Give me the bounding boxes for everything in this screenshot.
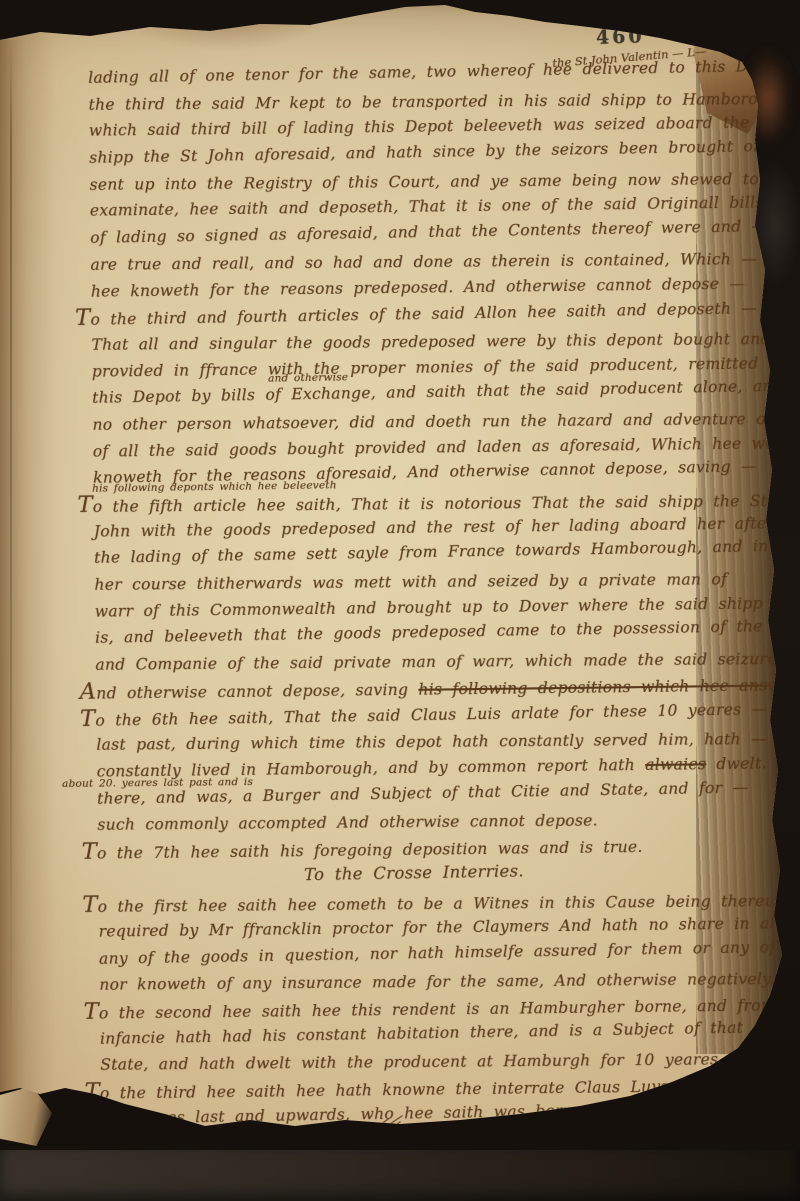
manuscript-photo: 460 the St John Valentin — L— lading all… [0, 0, 800, 1201]
interlinear-insertion: about 20. yeares last past and is [62, 776, 253, 790]
table-surface [0, 1150, 800, 1201]
line-text: dwelt. [716, 754, 766, 773]
page-crease [10, 42, 12, 1082]
manuscript-line: sent up into the Registry of this Court,… [89, 166, 721, 198]
deposition-text: lading all of one tenor for the same, tw… [88, 57, 733, 1132]
manuscript-line: That all and singular the goods predepos… [91, 326, 723, 358]
manuscript-line-interr-1: To the first hee saith hee cometh to be … [82, 887, 730, 919]
manuscript-line: are true and reall, and so had and done … [90, 246, 722, 278]
gutter-shading [0, 40, 26, 1090]
page-number: 460 [596, 25, 645, 49]
manuscript-line: no other person whatsoever, did and doet… [92, 406, 724, 438]
catchword: (Such) [648, 1119, 687, 1135]
struck-through-text: alwaies [645, 755, 706, 774]
manuscript-line: the third the said Mr kept to be transpo… [88, 86, 720, 118]
underlying-page-corner [0, 1086, 52, 1146]
manuscript-line: lading all of one tenor for the same, tw… [88, 54, 720, 92]
manuscript-line: and Companie of the said private man of … [95, 646, 727, 678]
interlinear-insertion: and otherwise [268, 371, 348, 384]
manuscript-page: 460 the St John Valentin — L— lading all… [0, 0, 800, 1201]
line-text: And otherwise cannot depose, saving [80, 681, 409, 703]
manuscript-line: her course thitherwards was mett with an… [94, 566, 726, 598]
